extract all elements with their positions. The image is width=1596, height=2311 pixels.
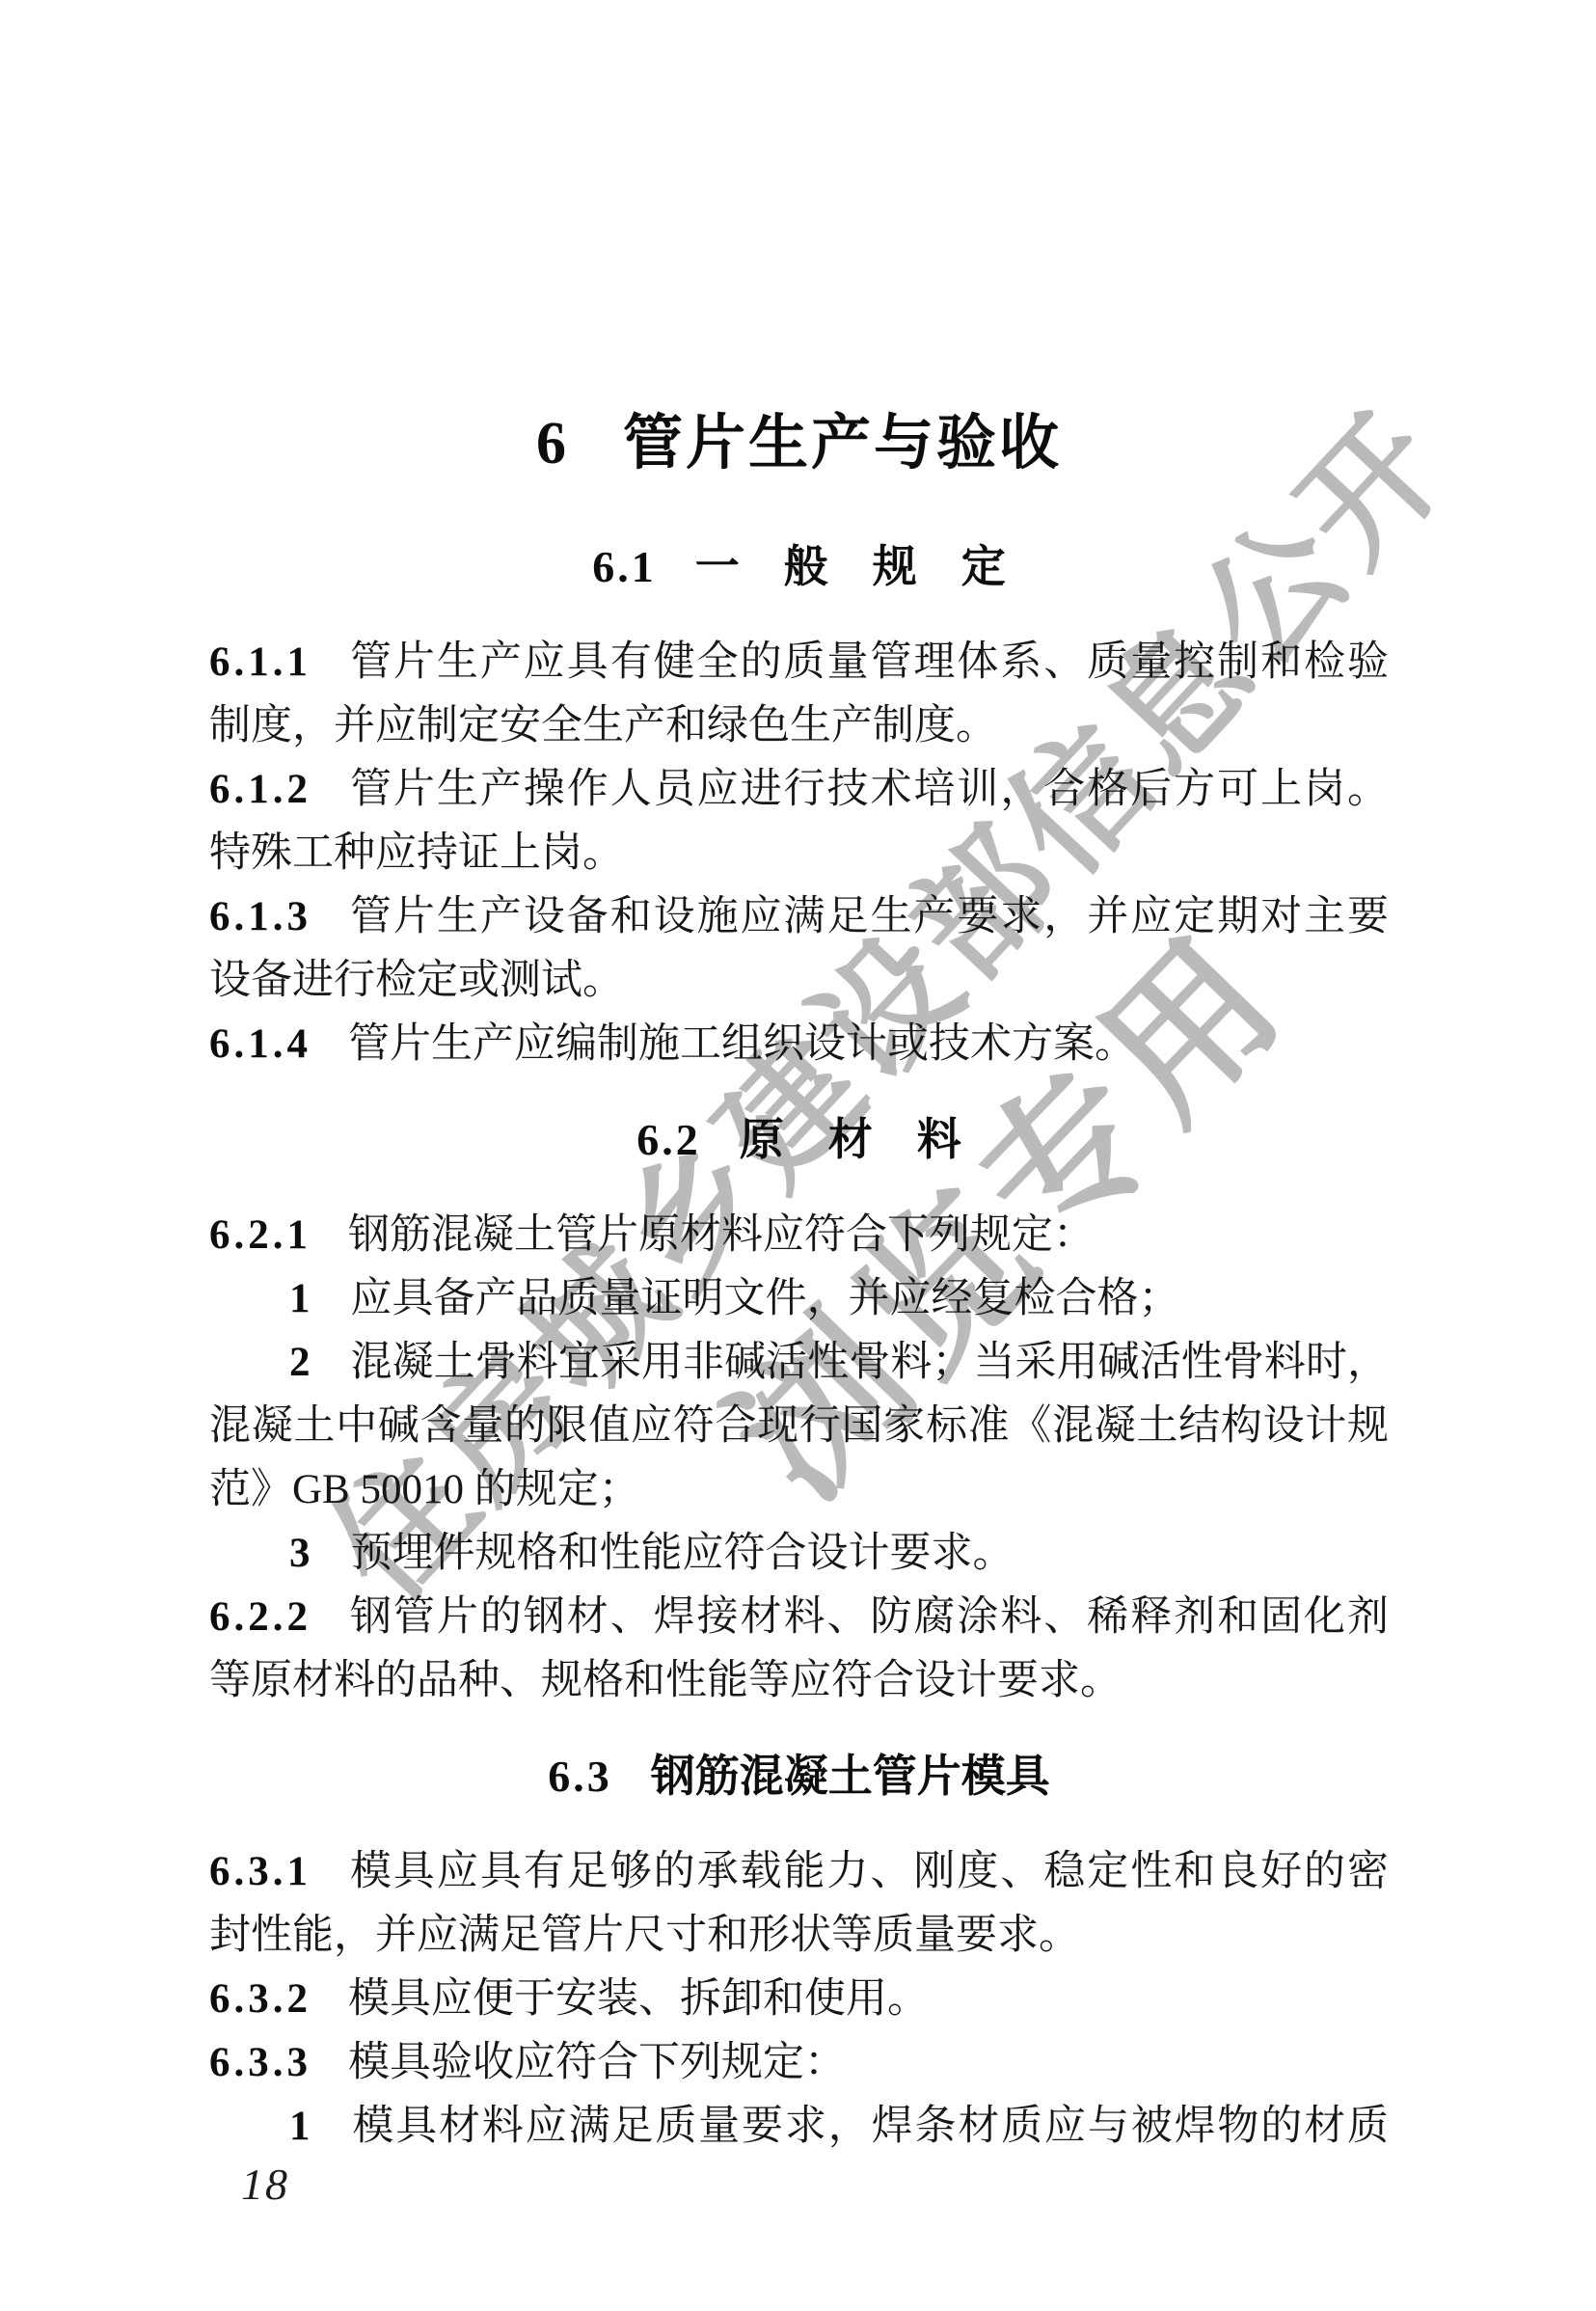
clause-number: 3	[289, 1531, 314, 1576]
clause-text: 预埋件规格和性能应符合设计要求。	[351, 1531, 1014, 1576]
clause-line: 6.3.3模具验收应符合下列规定：	[209, 2031, 1389, 2095]
list-item-line: 1应具备产品质量证明文件，并应经复检合格；	[209, 1267, 1389, 1331]
chapter-number: 6	[536, 411, 569, 476]
clause-line: 6.1.4管片生产应编制施工组织设计或技术方案。	[209, 1013, 1389, 1076]
section-heading: 6.2原 材 料	[209, 1076, 1389, 1204]
clause-text: 范》GB 50010 的规定；	[209, 1467, 640, 1512]
clause-number: 2	[289, 1340, 314, 1385]
clause-number: 1	[289, 2104, 314, 2149]
document-page: 住房城乡建设部信息公开 浏览专用 6管片生产与验收 6.1一 般 规 定6.1.…	[0, 0, 1596, 2311]
chapter-title: 6管片生产与验收	[209, 384, 1389, 503]
clause-number: 6.3.3	[209, 2040, 311, 2085]
clause-line: 6.1.1管片生产应具有健全的质量管理体系、质量控制和检验	[209, 631, 1389, 694]
clause-text: 混凝土中碱含量的限值应符合现行国家标准《混凝土结构设计规	[209, 1403, 1389, 1449]
clause-number: 6.1.3	[209, 894, 311, 939]
continuation-line: 设备进行检定或测试。	[209, 949, 1389, 1013]
clause-text: 封性能，并应满足管片尺寸和形状等质量要求。	[209, 1913, 1080, 1958]
clause-text: 管片生产应具有健全的质量管理体系、质量控制和检验	[348, 639, 1389, 685]
clause-text: 等原材料的品种、规格和性能等应符合设计要求。	[209, 1658, 1122, 1703]
clause-number: 6.3.2	[209, 1976, 311, 2022]
clause-text: 应具备产品质量证明文件，并应经复检合格；	[351, 1276, 1180, 1321]
list-item-line: 2混凝土骨料宜采用非碱活性骨料；当采用碱活性骨料时，	[209, 1331, 1389, 1395]
clause-text: 模具应便于安装、拆卸和使用。	[348, 1976, 929, 2022]
clause-text: 钢管片的钢材、焊接材料、防腐涂料、稀释剂和固化剂	[348, 1594, 1389, 1640]
clause-text: 管片生产操作人员应进行技术培训，合格后方可上岗。	[348, 767, 1389, 812]
clause-text: 模具验收应符合下列规定：	[348, 2040, 846, 2085]
clause-number: 6.1.1	[209, 639, 311, 685]
continuation-line: 封性能，并应满足管片尺寸和形状等质量要求。	[209, 1904, 1389, 1968]
continuation-line: 特殊工种应持证上岗。	[209, 822, 1389, 885]
clause-text: 制度，并应制定安全生产和绿色生产制度。	[209, 703, 997, 748]
clause-line: 6.3.1模具应具有足够的承载能力、刚度、稳定性和良好的密	[209, 1840, 1389, 1904]
clause-number: 1	[289, 1276, 314, 1321]
chapter-title-text: 管片生产与验收	[623, 411, 1062, 476]
list-item-line: 1模具材料应满足质量要求，焊条材质应与被焊物的材质	[209, 2095, 1389, 2159]
clause-text: 模具材料应满足质量要求，焊条材质应与被焊物的材质	[351, 2104, 1390, 2149]
body-blocks: 6.1一 般 规 定6.1.1管片生产应具有健全的质量管理体系、质量控制和检验制…	[209, 503, 1389, 2159]
clause-text: 管片生产应编制施工组织设计或技术方案。	[348, 1021, 1136, 1067]
clause-text: 混凝土骨料宜采用非碱活性骨料；当采用碱活性骨料时，	[351, 1340, 1390, 1385]
continuation-line: 范》GB 50010 的规定；	[209, 1458, 1389, 1522]
continuation-line: 制度，并应制定安全生产和绿色生产制度。	[209, 694, 1389, 758]
clause-text: 设备进行检定或测试。	[209, 958, 624, 1003]
continuation-line: 混凝土中碱含量的限值应符合现行国家标准《混凝土结构设计规	[209, 1395, 1389, 1458]
clause-line: 6.1.3管片生产设备和设施应满足生产要求，并应定期对主要	[209, 885, 1389, 949]
clause-number: 6.1.2	[209, 767, 311, 812]
clause-line: 6.3.2模具应便于安装、拆卸和使用。	[209, 1968, 1389, 2031]
clause-line: 6.2.1钢筋混凝土管片原材料应符合下列规定：	[209, 1204, 1389, 1267]
clause-number: 6.3.1	[209, 1849, 311, 1894]
clause-number: 6.1.4	[209, 1021, 311, 1067]
clause-line: 6.1.2管片生产操作人员应进行技术培训，合格后方可上岗。	[209, 758, 1389, 822]
clause-line: 6.2.2钢管片的钢材、焊接材料、防腐涂料、稀释剂和固化剂	[209, 1586, 1389, 1649]
clause-number: 6.2.1	[209, 1212, 311, 1258]
clause-text: 模具应具有足够的承载能力、刚度、稳定性和良好的密	[348, 1849, 1389, 1894]
continuation-line: 等原材料的品种、规格和性能等应符合设计要求。	[209, 1649, 1389, 1713]
page-content: 6管片生产与验收 6.1一 般 规 定6.1.1管片生产应具有健全的质量管理体系…	[209, 0, 1389, 2159]
section-heading: 6.1一 般 规 定	[209, 503, 1389, 631]
clause-text: 特殊工种应持证上岗。	[209, 830, 624, 876]
page-number: 18	[241, 2159, 289, 2210]
clause-text: 管片生产设备和设施应满足生产要求，并应定期对主要	[348, 894, 1389, 939]
clause-number: 6.2.2	[209, 1594, 311, 1640]
list-item-line: 3预埋件规格和性能应符合设计要求。	[209, 1522, 1389, 1586]
clause-text: 钢筋混凝土管片原材料应符合下列规定：	[348, 1212, 1095, 1258]
section-heading: 6.3钢筋混凝土管片模具	[209, 1713, 1389, 1840]
